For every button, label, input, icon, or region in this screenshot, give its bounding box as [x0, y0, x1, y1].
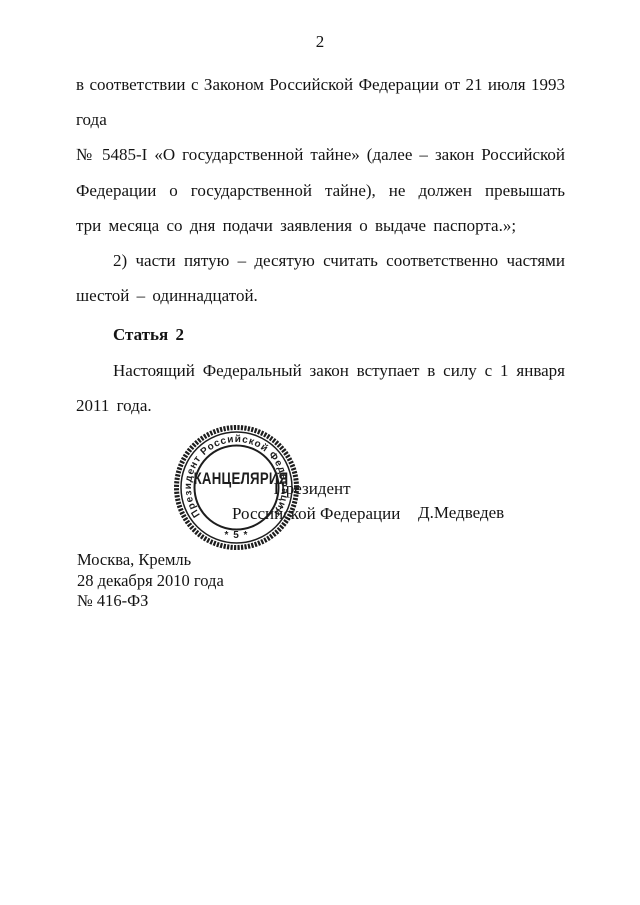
- document-body: в соответствии с Законом Российской Феде…: [76, 67, 565, 423]
- footer-law-number: № 416-ФЗ: [77, 591, 224, 612]
- stamp-bottom-text: * 5 *: [225, 530, 249, 541]
- paragraph1-line2: № 5485-I «О государственной тайне» (дале…: [76, 137, 565, 172]
- paragraph1-line4: три месяца со дня подачи заявления о выд…: [76, 208, 565, 243]
- document-page: 2 в соответствии с Законом Российской Фе…: [0, 0, 640, 905]
- paragraph1-line3: Федерации о государственной тайне), не д…: [76, 173, 565, 208]
- footer-date: 28 декабря 2010 года: [77, 571, 224, 592]
- paragraph2-line2: шестой – одиннадцатой.: [76, 278, 565, 313]
- article-heading: Статья 2: [76, 317, 565, 352]
- paragraph1-line1: в соответствии с Законом Российской Феде…: [76, 67, 565, 137]
- paragraph3-line2: 2011 года.: [76, 388, 565, 423]
- stamp-center-text: КАНЦЕЛЯРИЯ: [194, 470, 289, 489]
- signature-name: Д.Медведев: [418, 500, 504, 525]
- chancellery-stamp-icon: Президент Российской Федерации КАНЦЕЛЯРИ…: [166, 417, 307, 558]
- footer-block: Москва, Кремль 28 декабря 2010 года № 41…: [77, 550, 224, 612]
- paragraph2-line1: 2) части пятую – десятую считать соответ…: [76, 243, 565, 278]
- page-number: 2: [0, 33, 640, 50]
- paragraph3-line1: Настоящий Федеральный закон вступает в с…: [76, 353, 565, 388]
